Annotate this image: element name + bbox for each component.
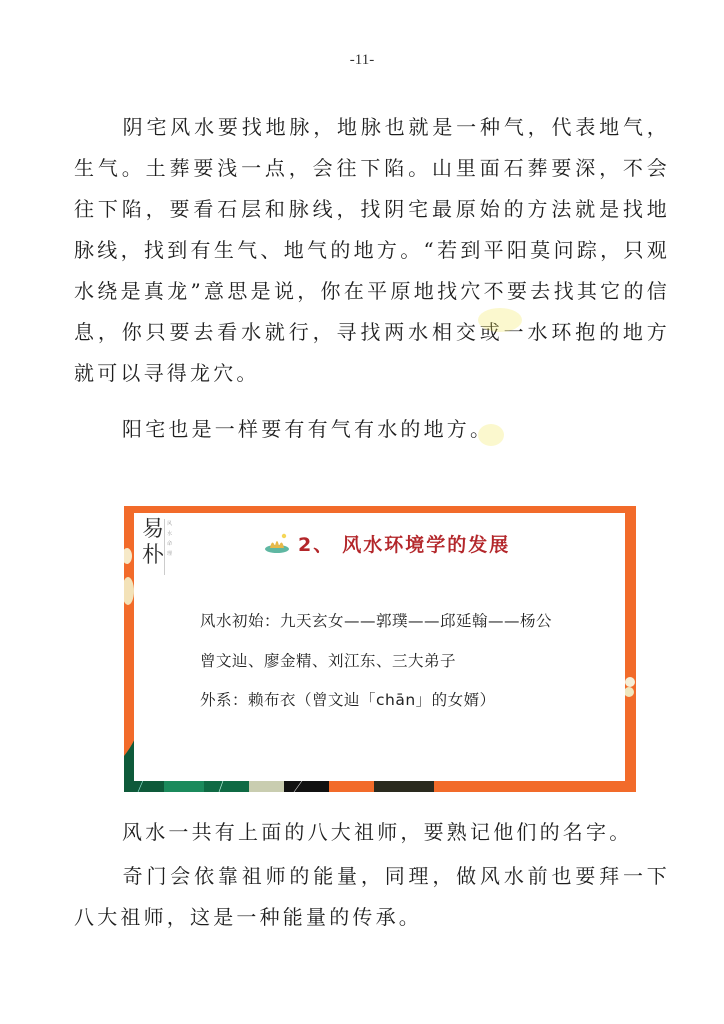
embedded-slide: 易朴 风 水 命 理 2、 风水环境学的发展 风水初始：九天玄女——郭璞——邱延… [124,506,636,792]
paragraph-text: 阳宅也是一样要有有气有水的地方。 [122,417,493,441]
slide-title: 2、 风水环境学的发展 [264,529,510,557]
highlight-smudge [478,424,504,446]
paragraph-text: 阴宅风水要找地脉，地脉也就是一种气，代表地气，生气。土葬要浅一点，会往下陷。山里… [74,115,670,385]
lotus-icon [264,532,290,554]
leaf-decoration-icon [124,546,134,636]
slide-line-external: 外系：赖布衣（曾文辿「chān」的女婿） [200,688,496,710]
slide-panel: 易朴 风 水 命 理 2、 风水环境学的发展 风水初始：九天玄女——郭璞——邱延… [134,513,625,781]
slide-title-number: 2、 [298,530,334,557]
slide-title-text: 风水环境学的发展 [342,530,510,557]
slide-line-disciples: 曾文辿、廖金精、刘江东、三大弟子 [200,649,456,671]
flower-decoration-icon [624,676,636,700]
page-number: -11- [0,52,724,69]
paragraph-text: 奇门会依靠祖师的能量，同理，做风水前也要拜一下八大祖师，这是一种能量的传承。 [74,864,670,929]
paragraph-eight-masters: 风水一共有上面的八大祖师，要熟记他们的名字。 [74,812,670,853]
slide-line-founders: 风水初始：九天玄女——郭璞——邱延翰——杨公 [200,609,552,631]
paragraph-text: 风水一共有上面的八大祖师，要熟记他们的名字。 [122,820,632,844]
paragraph-yin-house: 阴宅风水要找地脉，地脉也就是一种气，代表地气，生气。土葬要浅一点，会往下陷。山里… [74,107,670,394]
paragraph-energy-lineage: 奇门会依靠祖师的能量，同理，做风水前也要拜一下八大祖师，这是一种能量的传承。 [74,856,670,938]
paragraph-yang-house: 阳宅也是一样要有有气有水的地方。 [74,409,670,450]
highlight-smudge [478,308,522,332]
slide-logo-subtext: 风 水 命 理 [164,519,175,575]
